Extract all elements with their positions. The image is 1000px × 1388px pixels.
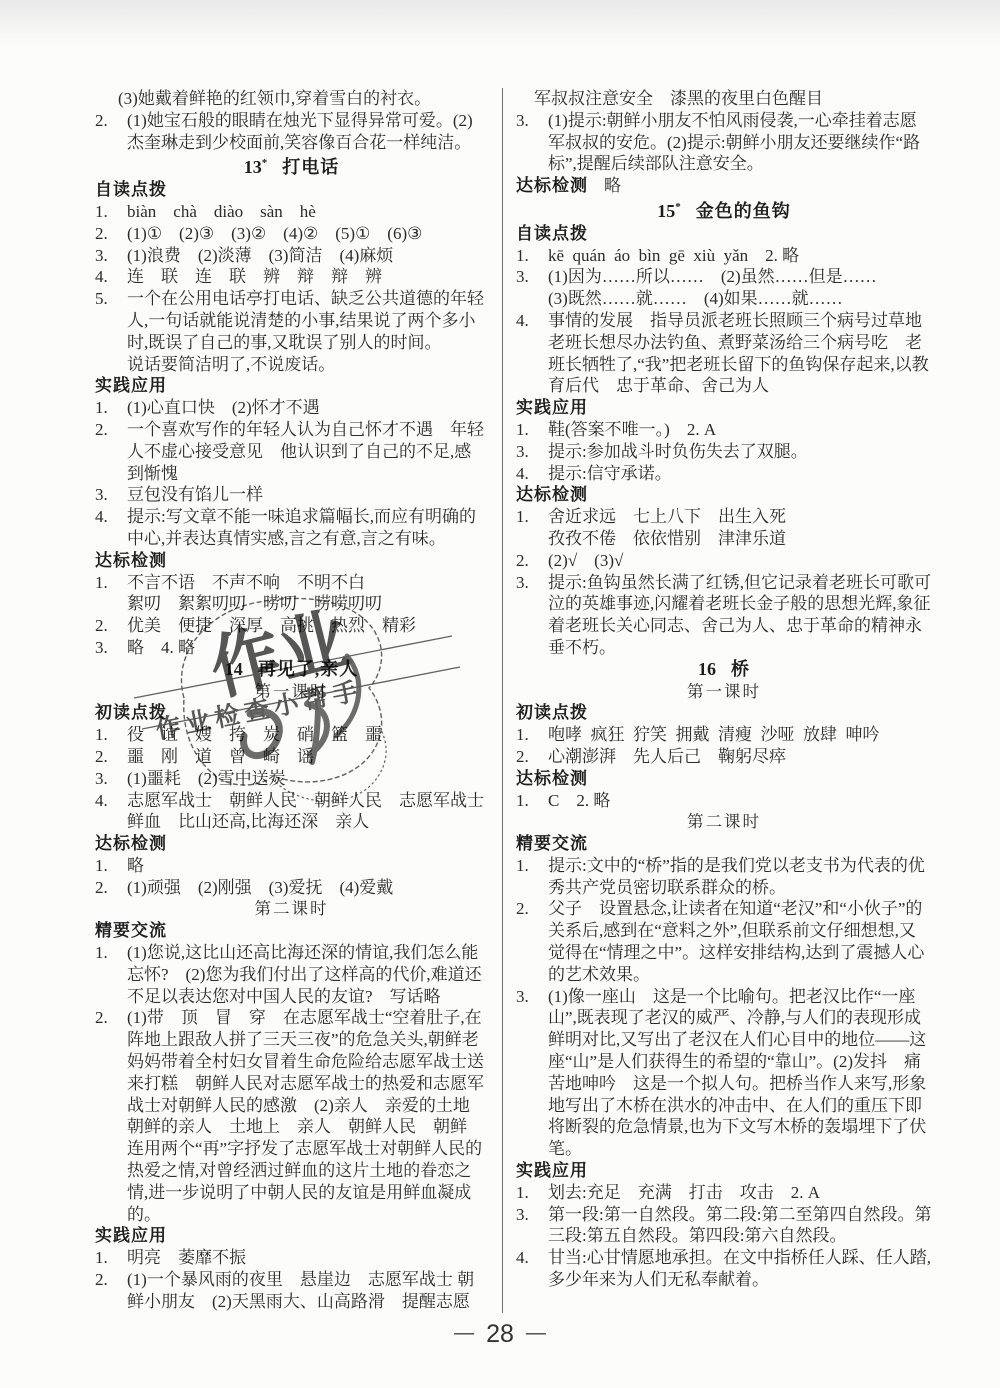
answer-item: 2.(1)① (2)③ (3)② (4)② (5)① (6)③ — [95, 223, 488, 245]
answer-item-number: 2. — [95, 877, 127, 899]
lesson-title: 16桥 — [516, 659, 932, 681]
answer-item-number: 3. — [516, 1204, 548, 1226]
section-heading-label: 初读点拨 — [516, 703, 588, 722]
answer-item-text: kē quán áo bìn gē xiù yǎn 2. 略 — [548, 246, 799, 265]
answer-item: 4.志愿军战士 朝鲜人民 朝鲜人民 志愿军战士 鲜血 比山还高,比海还深 亲人 — [95, 790, 488, 834]
answer-item-number: 1. — [95, 724, 127, 746]
section-heading-label: 达标检测 — [516, 485, 588, 504]
section-heading: 实践应用 — [95, 1225, 488, 1247]
answer-item-number: 1. — [95, 1247, 127, 1269]
answer-item: 1.舍近求远 七上八下 出生入死 — [516, 506, 932, 528]
answer-item-text: 父子 设置悬念,让读者在知道“老汉”和“小伙子”的关系后,感到在“意料之外”,但… — [548, 899, 924, 983]
section-heading: 达标检测 — [95, 833, 488, 855]
answer-item: 3.第一段:第一自然段。第二段:第二至第四自然段。第三段:第五自然段。第四段:第… — [516, 1204, 932, 1248]
lesson-title: 15*金色的鱼钩 — [516, 197, 932, 223]
answer-item-text: 志愿军战士 朝鲜人民 朝鲜人民 志愿军战士 鲜血 比山还高,比海还深 亲人 — [127, 791, 488, 832]
section-heading: 达标检测 — [95, 550, 488, 572]
answer-item-number: 3. — [95, 637, 127, 659]
answer-item-number: 3. — [516, 110, 548, 132]
answer-item: 2.噩 刚 道 曾 崎 谣 — [95, 746, 488, 768]
answer-item-number: 2. — [95, 223, 127, 245]
answer-item-number: 3. — [516, 986, 548, 1008]
answer-item-text: (1)她宝石般的眼睛在烛光下显得异常可爱。(2)杰奎琳走到少校面前,笑容像百合花… — [127, 111, 473, 152]
answer-item-number: 1. — [516, 245, 548, 267]
column-divider — [502, 88, 503, 1313]
answer-item: 2.一个喜欢写作的年轻人认为自己怀才不遇 年轻人不虚心接受意见 他认识到了自己的… — [95, 419, 488, 484]
answer-item-text: 略 4. 略 — [127, 638, 195, 657]
lesson-name: 桥 — [731, 659, 750, 679]
section-heading: 初读点拨 — [516, 702, 932, 724]
answer-item-text: 第一段:第一自然段。第二段:第二至第四自然段。第三段:第五自然段。第四段:第六自… — [548, 1205, 931, 1246]
section-heading-label: 实践应用 — [516, 398, 588, 417]
footer-dash-right: — — [526, 1322, 546, 1344]
answer-item-text: (1)一个暴风雨的夜里 悬崖边 志愿军战士 朝鲜小朋友 (2)天黑雨大、山高路滑… — [127, 1270, 474, 1311]
page: { "page": { "footer": { "dash_left": "—"… — [0, 0, 1000, 1388]
answer-item-text: (1)顽强 (2)刚强 (3)爱抚 (4)爱戴 — [127, 878, 393, 897]
page-number: 28 — [486, 1320, 514, 1348]
answer-item-text: 提示:信守承诺。 — [548, 464, 672, 483]
footer-dash-left: — — [454, 1322, 474, 1344]
answer-item-text: (1)浪费 (2)淡薄 (3)简洁 (4)麻烦 — [127, 246, 393, 265]
scan-top-shading — [0, 0, 1000, 46]
answer-item: 1.咆哮 疯狂 狞笑 拥戴 清瘦 沙哑 放肆 呻吟 — [516, 724, 932, 746]
answer-item-text: 提示:写文章不能一味追求篇幅长,而应有明确的中心,并表达真情实感,言之有意,言之… — [127, 507, 476, 548]
section-heading-label: 达标检测 — [516, 176, 588, 195]
answer-item: 1.提示:文中的“桥”指的是我们党以老支书为代表的优秀共产党员密切联系群众的桥。 — [516, 855, 932, 899]
answer-item-text: 舍近求远 七上八下 出生入死 — [548, 507, 786, 526]
page-footer: —28— — [0, 1320, 1000, 1349]
answer-item: 1.略 — [95, 855, 488, 877]
answer-item-text: (1)① (2)③ (3)② (4)② (5)① (6)③ — [127, 224, 422, 243]
answer-item: 1.biàn chà diào sàn hè — [95, 201, 488, 223]
answer-item: 3.(1)因为……所以…… (2)虽然……但是…… — [516, 266, 932, 288]
answer-item: 2.(1)她宝石般的眼睛在烛光下显得异常可爱。(2)杰奎琳走到少校面前,笑容像百… — [95, 110, 488, 154]
answer-item: 4.提示:信守承诺。 — [516, 463, 932, 485]
section-heading-label: 实践应用 — [95, 376, 167, 395]
answer-item-text: 连 联 连 联 辨 辩 辩 辨 — [127, 267, 382, 286]
two-column-layout: (3)她戴着鲜艳的红领巾,穿着雪白的衬衣。2.(1)她宝石般的眼睛在烛光下显得异… — [95, 88, 933, 1313]
lesson-number: 16 — [698, 659, 716, 679]
section-heading: 达标检测略 — [516, 175, 932, 197]
answer-item: 3.(1)像一座山 这是一个比喻句。把老汉比作“一座山”,既表现了老汉的威严、冷… — [516, 986, 932, 1160]
answer-item-text: (1)您说,这比山还高比海还深的情谊,我们怎么能忘怀? (2)您为我们付出了这样… — [127, 943, 482, 1006]
answer-item: 5.一个在公用电话亭打电话、缺乏公共道德的年轻人,一句话就能说清楚的小事,结果说… — [95, 288, 488, 353]
answer-item: 2.心潮澎湃 先人后己 鞠躬尽瘁 — [516, 746, 932, 768]
lesson-name: 打电话 — [282, 157, 339, 177]
right-column: 军叔叔注意安全 漆黑的夜里白色醒目3.(1)提示:朝鲜小朋友不怕风雨侵袭,一心牵… — [516, 88, 932, 1313]
answer-item-number: 1. — [516, 506, 548, 528]
answer-item: 2.(1)一个暴风雨的夜里 悬崖边 志愿军战士 朝鲜小朋友 (2)天黑雨大、山高… — [95, 1269, 488, 1313]
answer-item-number: 4. — [95, 266, 127, 288]
skim-text-star-mark: * — [675, 201, 681, 213]
section-heading-label: 自读点拨 — [516, 224, 588, 243]
section-heading-label: 初读点拨 — [95, 703, 167, 722]
answer-item-text: 略 — [127, 856, 144, 875]
answer-item-text: C 2. 略 — [548, 791, 610, 810]
lesson-number: 14 — [225, 659, 243, 679]
answer-continuation: 絮叨 絮絮叨叨 唠叨 唠唠叨叨 — [95, 593, 488, 615]
section-heading: 初读点拨 — [95, 702, 488, 724]
answer-item-text: (1)提示:朝鲜小朋友不怕风雨侵袭,一心牵挂着志愿军叔叔的安危。(2)提示:朝鲜… — [548, 111, 920, 174]
answer-item-text: 明亮 萎靡不振 — [127, 1248, 246, 1267]
section-heading-label: 实践应用 — [516, 1161, 588, 1180]
session-heading: 第一课时 — [516, 681, 932, 703]
answer-item-number: 1. — [95, 201, 127, 223]
answer-item-number: 1. — [95, 572, 127, 594]
section-heading: 达标检测 — [516, 768, 932, 790]
answer-item-number: 4. — [516, 310, 548, 332]
lesson-title: 13*打电话 — [95, 153, 488, 179]
answer-item: 3.略 4. 略 — [95, 637, 488, 659]
answer-item-number: 2. — [95, 746, 127, 768]
section-heading-label: 达标检测 — [95, 551, 167, 570]
section-heading-label: 自读点拨 — [95, 180, 167, 199]
section-heading-label: 实践应用 — [95, 1226, 167, 1245]
answer-item: 2.(1)带 顶 冒 穿 在志愿军战士“空着肚子,在阵地上跟敌人拼了三天三夜”的… — [95, 1007, 488, 1225]
answer-continuation: 说话要简洁明了,不说废话。 — [95, 354, 488, 376]
answer-item: 4.提示:写文章不能一味追求篇幅长,而应有明确的中心,并表达真情实感,言之有意,… — [95, 506, 488, 550]
answer-item-number: 2. — [95, 1269, 127, 1291]
answer-item: 1.鞋(答案不唯一。) 2. A — [516, 419, 932, 441]
answer-item: 1.划去:充足 充满 打击 攻击 2. A — [516, 1182, 932, 1204]
answer-item: 1.明亮 萎靡不振 — [95, 1247, 488, 1269]
answer-item-number: 2. — [516, 550, 548, 572]
section-heading: 自读点拨 — [95, 179, 488, 201]
answer-item: 2.优美 便捷 深厚 高挑 热烈 精彩 — [95, 615, 488, 637]
answer-item-number: 3. — [95, 245, 127, 267]
answer-item-number: 1. — [516, 419, 548, 441]
answer-item: 1.C 2. 略 — [516, 790, 932, 812]
section-heading-label: 精要交流 — [516, 834, 588, 853]
answer-item-number: 3. — [516, 266, 548, 288]
answer-item-text: 咆哮 疯狂 狞笑 拥戴 清瘦 沙哑 放肆 呻吟 — [548, 725, 880, 744]
answer-item: 1.(1)心直口快 (2)怀才不遇 — [95, 397, 488, 419]
answer-item-text: 提示:鱼钩虽然长满了红锈,但它记录着老班长可歌可泣的英雄事迹,闪耀着老班长金子般… — [548, 573, 931, 657]
section-heading: 实践应用 — [95, 375, 488, 397]
answer-item-number: 3. — [516, 441, 548, 463]
section-heading: 实践应用 — [516, 1160, 932, 1182]
answer-item-text: (1)噩耗 (2)雪中送炭 — [127, 769, 286, 788]
answer-item-text: 豆包没有馅儿一样 — [127, 485, 263, 504]
answer-item-number: 5. — [95, 288, 127, 310]
answer-item-text: 优美 便捷 深厚 高挑 热烈 精彩 — [127, 616, 416, 635]
answer-item-text: (1)因为……所以…… (2)虽然……但是…… — [548, 267, 877, 286]
lesson-title: 14再见了,亲人 — [95, 659, 488, 681]
section-heading-label: 达标检测 — [516, 769, 588, 788]
answer-item-number: 1. — [516, 1182, 548, 1204]
answer-item-number: 1. — [516, 790, 548, 812]
section-heading-label: 达标检测 — [95, 834, 167, 853]
answer-item-number: 1. — [95, 855, 127, 877]
lesson-number: 15 — [657, 201, 675, 221]
answer-item: 2.父子 设置悬念,让读者在知道“老汉”和“小伙子”的关系后,感到在“意料之外”… — [516, 898, 932, 985]
section-heading: 达标检测 — [516, 484, 932, 506]
answer-item: 3.提示:参加战斗时负伤失去了双腿。 — [516, 441, 932, 463]
answer-item: 3.(1)浪费 (2)淡薄 (3)简洁 (4)麻烦 — [95, 245, 488, 267]
answer-item: 3.(1)提示:朝鲜小朋友不怕风雨侵袭,一心牵挂着志愿军叔叔的安危。(2)提示:… — [516, 110, 932, 175]
lesson-name: 再见了,亲人 — [258, 659, 359, 679]
answer-item-text: 噩 刚 道 曾 崎 谣 — [127, 747, 314, 766]
answer-item-text: 事情的发展 指导员派老班长照顾三个病号过草地 老班长想尽办法钓鱼、煮野菜汤给三个… — [548, 311, 939, 395]
lesson-name: 金色的鱼钩 — [696, 201, 791, 221]
answer-item-number: 1. — [95, 942, 127, 964]
answer-item: 1.役 谊 嫂 挎 炭 硝 篮 噩 — [95, 724, 488, 746]
answer-item-text: 不言不语 不声不响 不明不白 — [127, 573, 365, 592]
answer-item: 3.豆包没有馅儿一样 — [95, 484, 488, 506]
lesson-number: 13 — [244, 157, 262, 177]
section-heading-suffix: 略 — [604, 176, 621, 195]
answer-item-text: 提示:文中的“桥”指的是我们党以老支书为代表的优秀共产党员密切联系群众的桥。 — [548, 856, 925, 897]
left-column: (3)她戴着鲜艳的红领巾,穿着雪白的衬衣。2.(1)她宝石般的眼睛在烛光下显得异… — [95, 88, 488, 1313]
answer-item-number: 3. — [516, 572, 548, 594]
answer-item-number: 2. — [95, 615, 127, 637]
answer-item-text: 提示:参加战斗时负伤失去了双腿。 — [548, 442, 808, 461]
answer-item-number: 2. — [95, 1007, 127, 1029]
answer-item-number: 3. — [95, 768, 127, 790]
page-content: (3)她戴着鲜艳的红领巾,穿着雪白的衬衣。2.(1)她宝石般的眼睛在烛光下显得异… — [95, 88, 933, 1313]
answer-item-number: 2. — [95, 110, 127, 132]
answer-item: 2.(1)顽强 (2)刚强 (3)爱抚 (4)爱戴 — [95, 877, 488, 899]
answer-item-text: 划去:充足 充满 打击 攻击 2. A — [548, 1183, 820, 1202]
answer-item-number: 1. — [95, 397, 127, 419]
answer-item: 4.连 联 连 联 辨 辩 辩 辨 — [95, 266, 488, 288]
answer-item-text: 鞋(答案不唯一。) 2. A — [548, 420, 716, 439]
session-heading: 第一课时 — [95, 681, 488, 703]
answer-item: 1.(1)您说,这比山还高比海还深的情谊,我们怎么能忘怀? (2)您为我们付出了… — [95, 942, 488, 1007]
skim-text-star-mark: * — [262, 157, 268, 169]
answer-item-text: 役 谊 嫂 挎 炭 硝 篮 噩 — [127, 725, 382, 744]
answer-item-number: 2. — [95, 419, 127, 441]
answer-continuation: (3)她戴着鲜艳的红领巾,穿着雪白的衬衣。 — [95, 88, 488, 110]
answer-item-text: 甘当:心甘情愿地承担。在文中指桥任人踩、任人踏,多少年来为人们无私奉献着。 — [548, 1248, 931, 1289]
answer-item-text: (1)心直口快 (2)怀才不遇 — [127, 398, 320, 417]
answer-item-number: 2. — [516, 746, 548, 768]
answer-item-number: 1. — [516, 855, 548, 877]
answer-item: 2.(2)√ (3)√ — [516, 550, 932, 572]
answer-continuation: 孜孜不倦 依依惜别 津津乐道 — [516, 528, 932, 550]
section-heading: 自读点拨 — [516, 223, 932, 245]
answer-item: 1.kē quán áo bìn gē xiù yǎn 2. 略 — [516, 245, 932, 267]
answer-item-number: 4. — [516, 1247, 548, 1269]
answer-item: 4.事情的发展 指导员派老班长照顾三个病号过草地 老班长想尽办法钓鱼、煮野菜汤给… — [516, 310, 932, 397]
session-heading: 第二课时 — [516, 811, 932, 833]
session-heading: 第二课时 — [95, 898, 488, 920]
answer-continuation: 军叔叔注意安全 漆黑的夜里白色醒目 — [516, 88, 932, 110]
section-heading: 实践应用 — [516, 397, 932, 419]
answer-item-text: 一个在公用电话亭打电话、缺乏公共道德的年轻人,一句话就能说清楚的小事,结果说了两… — [127, 289, 484, 352]
answer-item-number: 4. — [516, 463, 548, 485]
answer-item-text: (2)√ (3)√ — [548, 551, 623, 570]
section-heading: 精要交流 — [95, 920, 488, 942]
answer-item-number: 1. — [516, 724, 548, 746]
answer-item-number: 3. — [95, 484, 127, 506]
answer-item-text: 心潮澎湃 先人后己 鞠躬尽瘁 — [548, 747, 786, 766]
answer-item-number: 4. — [95, 506, 127, 528]
answer-item-number: 4. — [95, 790, 127, 812]
answer-item: 1.不言不语 不声不响 不明不白 — [95, 572, 488, 594]
answer-item-text: biàn chà diào sàn hè — [127, 202, 316, 221]
section-heading: 精要交流 — [516, 833, 932, 855]
answer-item: 4.甘当:心甘情愿地承担。在文中指桥任人踩、任人踏,多少年来为人们无私奉献着。 — [516, 1247, 932, 1291]
section-heading-label: 精要交流 — [95, 921, 167, 940]
answer-item-text: 一个喜欢写作的年轻人认为自己怀才不遇 年轻人不虚心接受意见 他认识到了自己的不足… — [127, 420, 484, 483]
answer-item: 3.提示:鱼钩虽然长满了红锈,但它记录着老班长可歌可泣的英雄事迹,闪耀着老班长金… — [516, 572, 932, 659]
answer-item-number: 2. — [516, 898, 548, 920]
answer-continuation: (3)既然……就…… (4)如果……就…… — [516, 288, 932, 310]
answer-item-text: (1)带 顶 冒 穿 在志愿军战士“空着肚子,在阵地上跟敌人拼了三天三夜”的危急… — [127, 1008, 487, 1223]
answer-item: 3.(1)噩耗 (2)雪中送炭 — [95, 768, 488, 790]
answer-item-text: (1)像一座山 这是一个比喻句。把老汉比作“一座山”,既表现了老汉的威严、冷静,… — [548, 987, 926, 1159]
